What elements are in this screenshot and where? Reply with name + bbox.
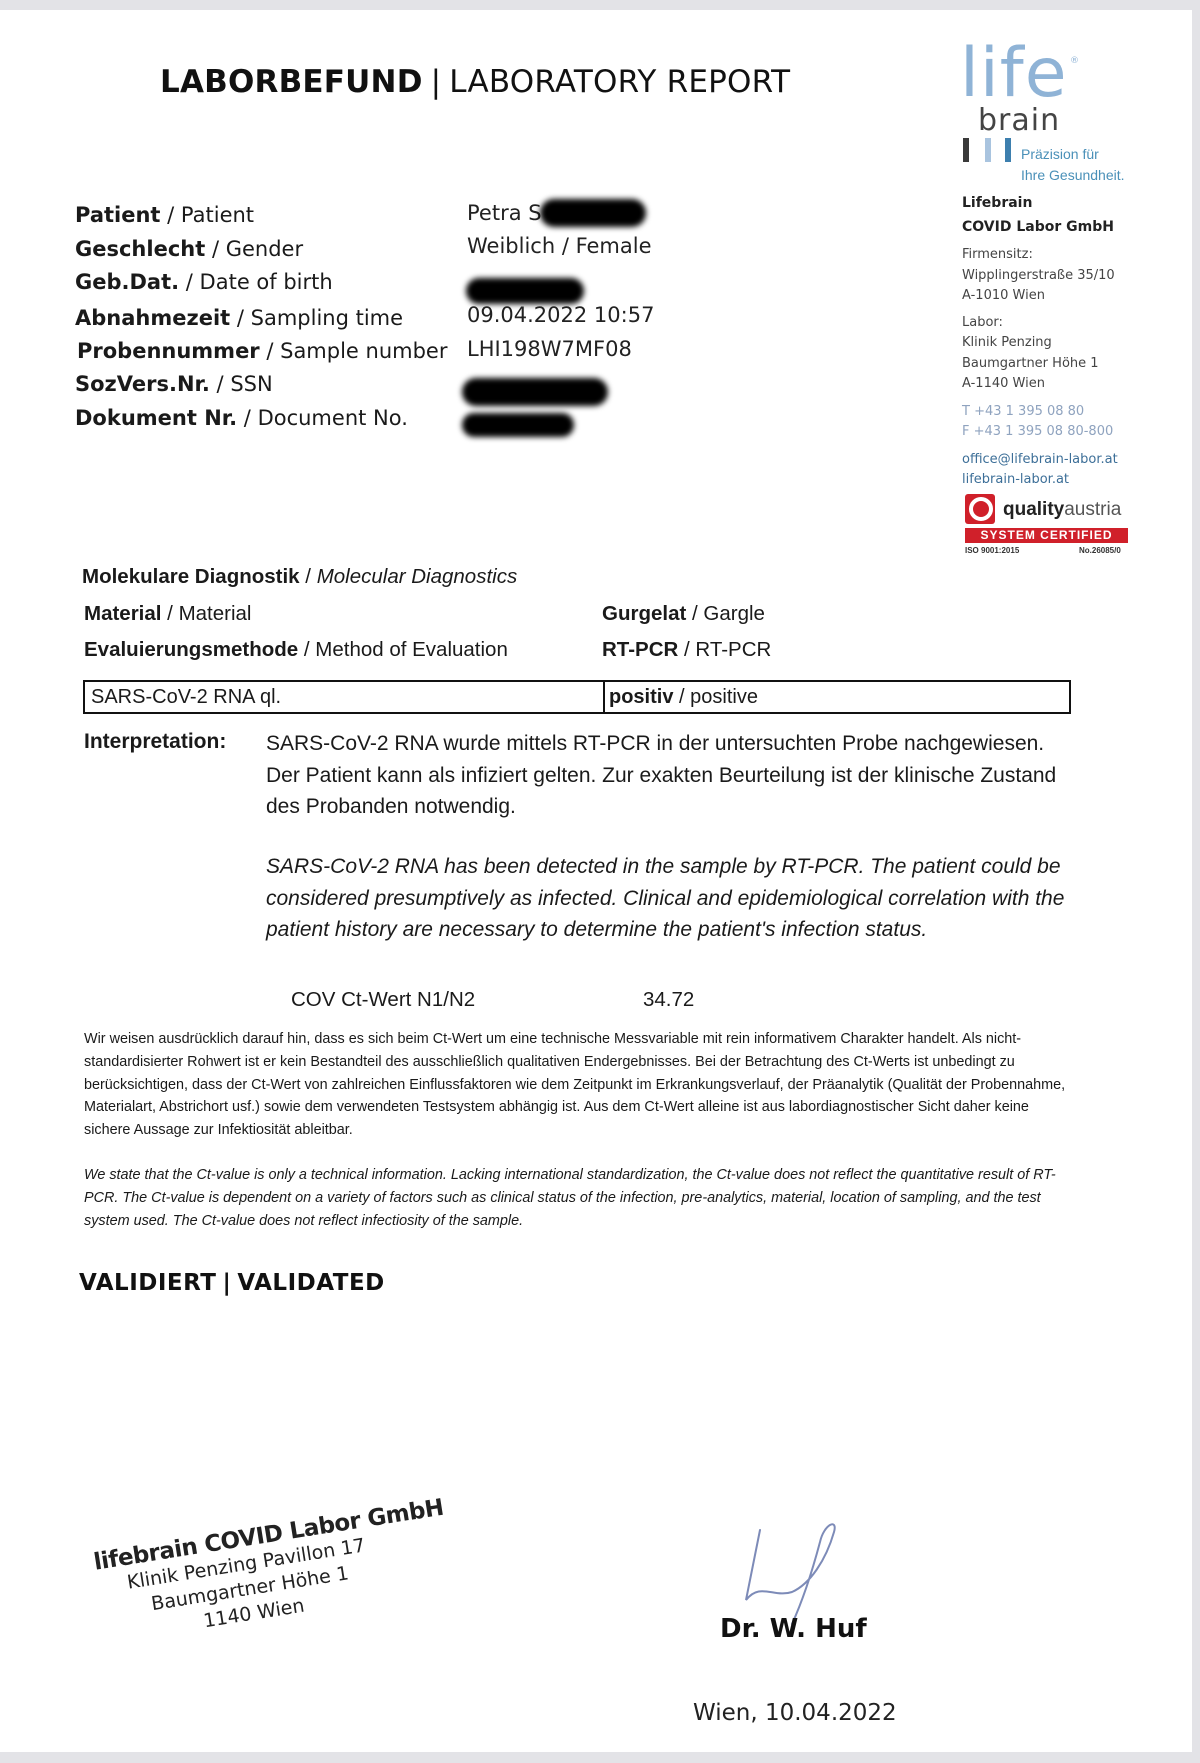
validation-status: VALIDIERT|VALIDATED xyxy=(79,1270,385,1296)
lab-email-link[interactable]: office@lifebrain-labor.at xyxy=(962,452,1118,467)
report-page: LABORBEFUND|LABORATORY REPORT Patient / … xyxy=(0,10,1192,1752)
method-value: RT-PCR / RT-PCR xyxy=(602,638,771,662)
patient-label: Patient / Patient xyxy=(75,203,254,227)
title-separator: | xyxy=(431,64,442,100)
interpretation-german: SARS-CoV-2 RNA wurde mittels RT-PCR in d… xyxy=(266,728,1076,823)
system-certified-badge: SYSTEM CERTIFIED xyxy=(965,528,1128,543)
signer-name: Dr. W. Huf xyxy=(720,1614,867,1644)
title-german: LABORBEFUND xyxy=(160,64,423,100)
disclaimer-german: Wir weisen ausdrücklich darauf hin, dass… xyxy=(84,1028,1074,1142)
ct-value-label: COV Ct-Wert N1/N2 xyxy=(291,988,475,1012)
material-value: Gurgelat / Gargle xyxy=(602,602,765,626)
test-result: positiv / positive xyxy=(609,686,758,709)
gender-value: Weiblich / Female xyxy=(467,234,652,258)
lab-address-2: Baumgartner Höhe 1 xyxy=(962,356,1099,371)
qualityaustria-logo: qualityaustria xyxy=(1003,499,1121,521)
lifebrain-logo-brain: brain xyxy=(978,106,1060,136)
lab-website-link[interactable]: lifebrain-labor.at xyxy=(962,472,1069,487)
gender-label: Geschlecht / Gender xyxy=(75,237,303,261)
lab-stamp: lifebrain COVID Labor GmbH Klinik Penzin… xyxy=(92,1503,404,1650)
logo-bar-icon xyxy=(963,138,969,162)
section-heading: Molekulare Diagnostik / Molecular Diagno… xyxy=(82,565,517,589)
lifebrain-logo-life: life xyxy=(960,40,1068,108)
hq-label: Firmensitz: xyxy=(962,247,1033,262)
lab-phone: T +43 1 395 08 80 xyxy=(962,404,1084,419)
method-label: Evaluierungsmethode / Method of Evaluati… xyxy=(84,638,508,662)
lab-fax: F +43 1 395 08 80-800 xyxy=(962,424,1113,439)
sample-number-label: Probennummer / Sample number xyxy=(77,339,447,363)
registered-mark: ® xyxy=(1070,56,1079,66)
redaction-ssn xyxy=(462,378,608,406)
logo-tagline-2: Ihre Gesundheit. xyxy=(1021,167,1125,185)
sampling-time-value: 09.04.2022 10:57 xyxy=(467,303,654,327)
material-label: Material / Material xyxy=(84,602,252,626)
test-name: SARS-CoV-2 RNA ql. xyxy=(91,686,281,709)
lab-address-3: A-1140 Wien xyxy=(962,376,1045,391)
lab-label: Labor: xyxy=(962,315,1003,330)
certificate-number: No.26085/0 xyxy=(1079,546,1121,555)
result-divider xyxy=(603,682,605,712)
redaction-document-number xyxy=(462,413,574,437)
result-table: SARS-CoV-2 RNA ql. positiv / positive xyxy=(83,680,1071,714)
place-and-date: Wien, 10.04.2022 xyxy=(693,1700,897,1726)
iso-standard: ISO 9001:2015 xyxy=(965,546,1019,555)
dob-label: Geb.Dat. / Date of birth xyxy=(75,270,333,294)
hq-city: A-1010 Wien xyxy=(962,288,1045,303)
lab-name-1: Lifebrain xyxy=(962,195,1032,211)
hq-street: Wipplingerstraße 35/10 xyxy=(962,268,1115,283)
title-english: LABORATORY REPORT xyxy=(449,64,790,100)
qualityaustria-q-icon xyxy=(965,494,995,524)
ssn-label: SozVers.Nr. / SSN xyxy=(75,372,273,396)
interpretation-english: SARS-CoV-2 RNA has been detected in the … xyxy=(266,851,1076,946)
document-number-label: Dokument Nr. / Document No. xyxy=(75,406,408,430)
disclaimer-english: We state that the Ct-value is only a tec… xyxy=(84,1164,1074,1232)
ct-value: 34.72 xyxy=(643,988,694,1012)
lab-name-2: COVID Labor GmbH xyxy=(962,219,1114,235)
patient-value: Petra S xyxy=(467,201,542,225)
logo-bar-icon xyxy=(1005,138,1011,162)
logo-bar-icon xyxy=(985,138,991,162)
report-title: LABORBEFUND|LABORATORY REPORT xyxy=(160,64,790,100)
interpretation-label: Interpretation: xyxy=(84,730,226,754)
redaction-patient-surname xyxy=(540,199,646,227)
lab-address-1: Klinik Penzing xyxy=(962,335,1052,350)
sample-number-value: LHI198W7MF08 xyxy=(467,337,632,361)
logo-tagline-1: Präzision für xyxy=(1021,146,1099,164)
redaction-dob xyxy=(466,278,584,304)
sampling-time-label: Abnahmezeit / Sampling time xyxy=(75,306,403,330)
